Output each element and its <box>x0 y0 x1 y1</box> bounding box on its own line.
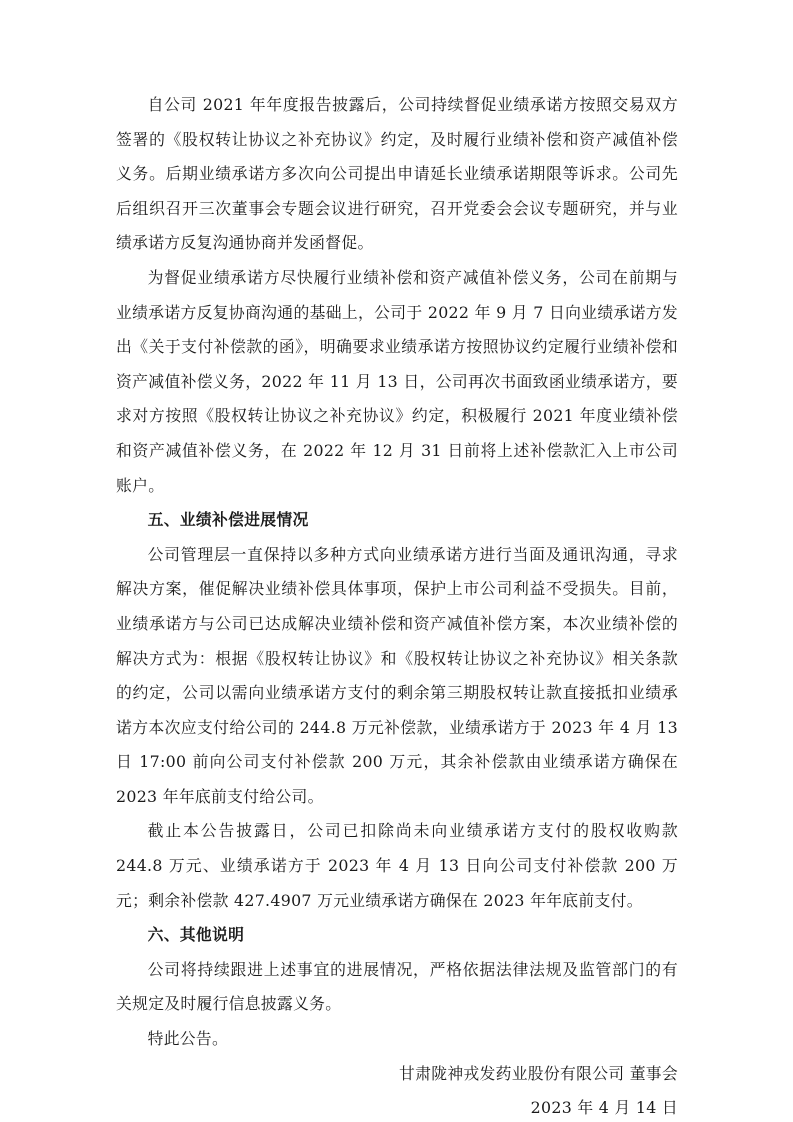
paragraph-supervision: 自公司 2021 年年度报告披露后，公司持续督促业绩承诺方按照交易双方签署的《股… <box>116 88 678 261</box>
section-heading-other-notes: 六、其他说明 <box>116 918 678 953</box>
document-page: 自公司 2021 年年度报告披露后，公司持续督促业绩承诺方按照交易双方签署的《股… <box>116 88 678 1122</box>
signature-company: 甘肃陇神戎发药业股份有限公司 董事会 <box>116 1057 678 1092</box>
signature-date: 2023 年 4 月 14 日 <box>116 1091 678 1122</box>
paragraph-demand-letters: 为督促业绩承诺方尽快履行业绩补偿和资产减值补偿义务，公司在前期与业绩承诺方反复协… <box>116 261 678 503</box>
paragraph-closing: 特此公告。 <box>116 1022 678 1057</box>
paragraph-disclosure-commitment: 公司将持续跟进上述事宜的进展情况，严格依据法律法规及监管部门的有关规定及时履行信… <box>116 953 678 1022</box>
paragraph-compensation-status: 截止本公告披露日，公司已扣除尚未向业绩承诺方支付的股权收购款 244.8 万元、… <box>116 814 678 918</box>
paragraph-compensation-plan: 公司管理层一直保持以多种方式向业绩承诺方进行当面及通讯沟通，寻求解决方案，催促解… <box>116 538 678 815</box>
section-heading-compensation-progress: 五、业绩补偿进展情况 <box>116 503 678 538</box>
